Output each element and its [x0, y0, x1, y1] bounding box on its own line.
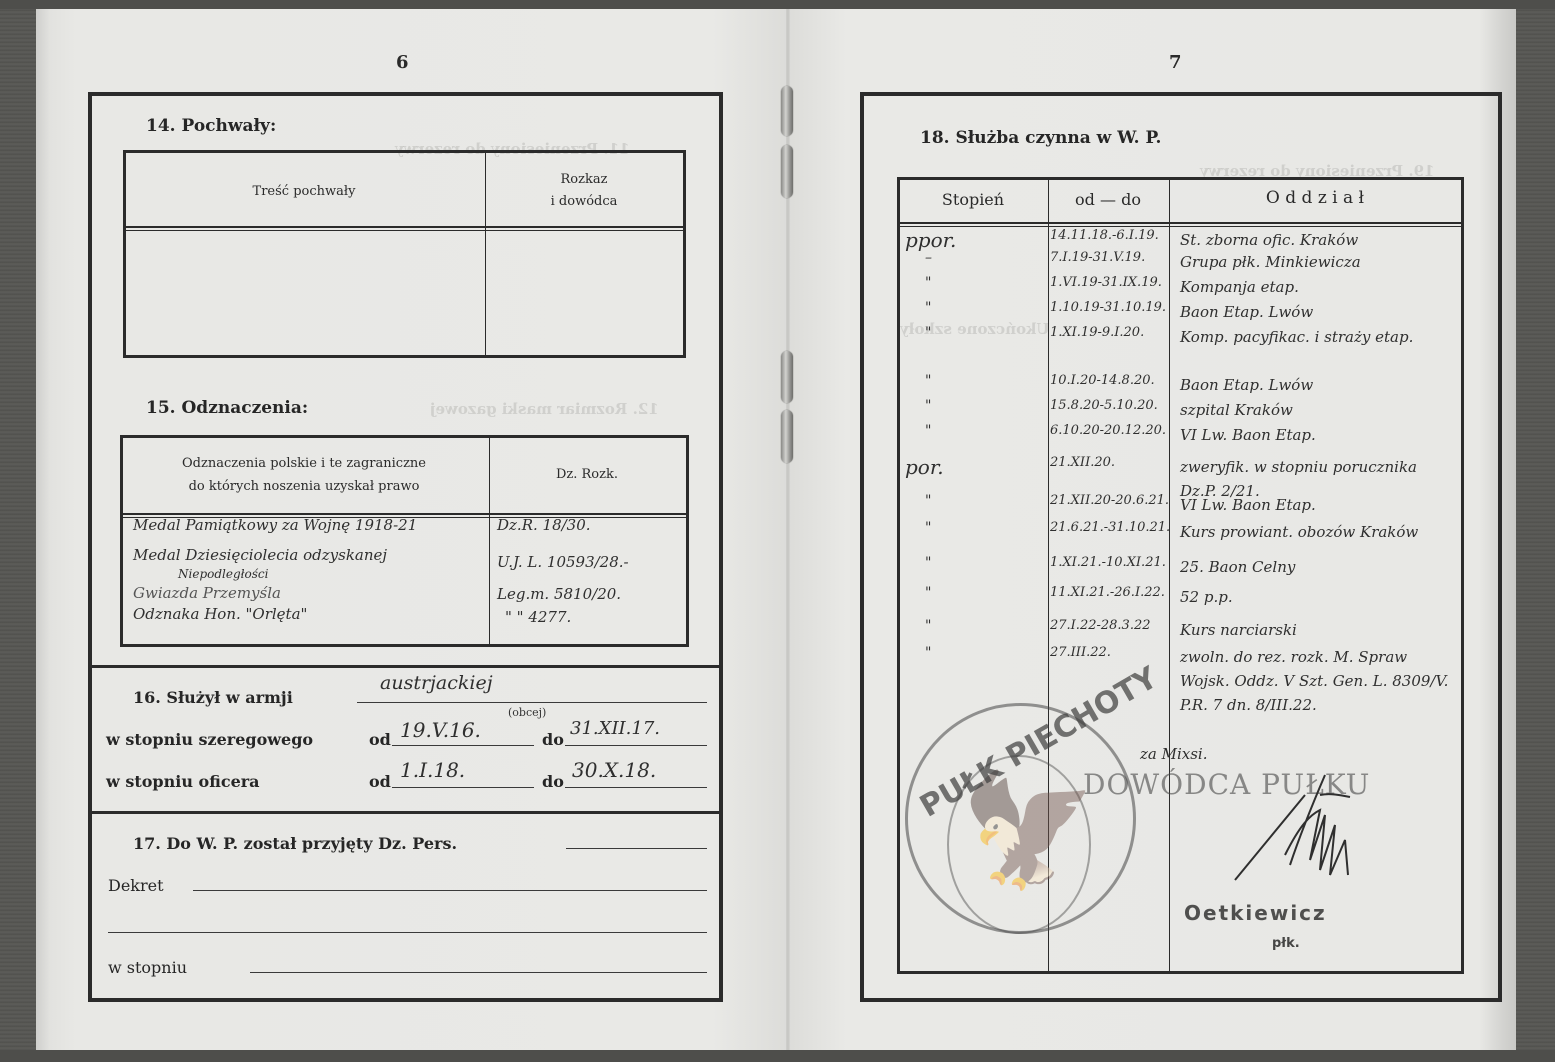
service-dates-cell: 1.XI.19-9.I.20.	[1050, 325, 1144, 340]
book-cover-right	[1513, 0, 1555, 1062]
decoration-reference: Dz.R. 18/30.	[497, 516, 591, 534]
service-rank-cell: "	[925, 645, 931, 661]
service-dates-cell: 11.XI.21.-26.I.22.	[1050, 585, 1165, 600]
service-rank-cell: "	[925, 423, 931, 439]
column-header-rank: Stopień	[900, 190, 1046, 210]
service-dates-cell: 1.VI.19-31.IX.19.	[1050, 275, 1162, 290]
column-header-order-line1: Rozkaz	[484, 170, 684, 190]
decoration-reference: " " 4277.	[505, 608, 571, 626]
service-rank-cell: "	[925, 493, 931, 509]
section-17-title: 17. Do W. P. został przyjęty Dz. Pers.	[133, 834, 457, 853]
service-rank-cell: –	[925, 250, 932, 266]
private-rank-label: w stopniu szeregowego	[106, 730, 313, 749]
column-header-unit: O d d z i a ł	[1170, 188, 1460, 208]
officer-rank-label: w stopniu oficera	[106, 772, 260, 791]
column-header-order-line2: i dowódca	[484, 192, 684, 212]
service-dates-cell: 7.I.19-31.V.19.	[1050, 250, 1145, 265]
book-cover-left	[0, 0, 40, 1062]
service-dates-cell: 27.III.22.	[1050, 645, 1111, 660]
service-dates-cell: 15.8.20-5.10.20.	[1050, 398, 1158, 413]
army-field-value: austrjackiej	[380, 672, 493, 694]
page-number-right: 7	[1169, 52, 1182, 73]
decree-line-2	[108, 932, 707, 933]
column-header-commendation-content: Treść pochwały	[126, 182, 482, 202]
column-header-order-ref: Dz. Rozk.	[488, 465, 686, 485]
army-field-line	[357, 702, 707, 703]
section-15-title: 15. Odznaczenia:	[146, 398, 308, 418]
service-unit-cell: Baon Etap. Lwów	[1180, 300, 1455, 324]
decoration-entry: Niepodległości	[178, 567, 268, 581]
service-dates-cell: 21.XII.20-20.6.21.	[1050, 493, 1169, 508]
section-divider	[92, 665, 719, 668]
service-unit-cell: VI Lw. Baon Etap.	[1180, 423, 1455, 447]
column-header-decorations-line2: do których noszenia uzyskał prawo	[124, 477, 484, 497]
officer-from-line	[392, 787, 534, 788]
service-rank-cell: "	[925, 275, 931, 291]
service-unit-cell: Kurs prowiant. obozów Kraków	[1180, 520, 1455, 544]
book-cover-top-edge	[0, 0, 1555, 9]
service-rank-cell: ppor.	[905, 228, 956, 252]
service-unit-cell: Kurs narciarski	[1180, 618, 1455, 642]
service-dates-cell: 6.10.20-20.12.20.	[1050, 423, 1166, 438]
service-dates-cell: 21.6.21.-31.10.21.	[1050, 520, 1170, 535]
decree-line	[193, 890, 707, 891]
service-unit-cell: Grupa płk. Minkiewicza	[1180, 250, 1455, 274]
service-unit-cell: Baon Etap. Lwów	[1180, 373, 1455, 397]
service-rank-cell: "	[925, 618, 931, 634]
decoration-entry: Odznaka Hon. "Orlęta"	[133, 605, 307, 623]
service-unit-cell: Komp. pacyfikac. i straży etap.	[1180, 325, 1455, 349]
decree-label: Dekret	[108, 876, 164, 895]
stamp-handwritten-note: za Mixsi.	[1140, 745, 1208, 763]
rank-label: w stopniu	[108, 958, 187, 977]
army-field-hint: (obcej)	[508, 706, 546, 719]
decoration-reference: Leg.m. 5810/20.	[497, 585, 621, 603]
service-unit-cell: St. zborna ofic. Kraków	[1180, 228, 1455, 252]
service-rank-cell: "	[925, 300, 931, 316]
staple-icon	[781, 410, 793, 463]
book-cover-bottom-edge	[0, 1050, 1555, 1062]
section-16-title: 16. Służył w armji	[133, 688, 293, 707]
private-to-label: do	[542, 730, 564, 749]
service-dates-cell: 1.XI.21.-10.XI.21.	[1050, 555, 1166, 570]
officer-from-label: od	[369, 772, 391, 791]
section-18-title: 18. Służba czynna w W. P.	[920, 128, 1161, 148]
service-dates-cell: 14.11.18.-6.I.19.	[1050, 228, 1159, 243]
service-unit-cell: szpital Kraków	[1180, 398, 1455, 422]
column-header-decorations-line1: Odznaczenia polskie i te zagraniczne	[124, 454, 484, 474]
rank-line	[250, 972, 707, 973]
service-unit-cell: VI Lw. Baon Etap.	[1180, 493, 1455, 517]
service-rank-cell: "	[925, 520, 931, 536]
section-divider	[92, 811, 719, 814]
private-to-line	[565, 745, 707, 746]
service-dates-cell: 27.I.22-28.3.22	[1050, 618, 1151, 633]
service-unit-cell: Kompanja etap.	[1180, 275, 1455, 299]
service-unit-cell: 25. Baon Celny	[1180, 555, 1455, 579]
decoration-reference: U.J. L. 10593/28.-	[497, 553, 629, 571]
private-to-value: 31.XII.17.	[570, 718, 660, 739]
decoration-entry: Gwiazda Przemyśla	[133, 584, 281, 602]
dz-pers-line	[566, 848, 707, 849]
commander-signature	[1230, 755, 1380, 905]
service-unit-cell: zwoln. do rez. rozk. M. Spraw Wojsk. Odd…	[1180, 645, 1455, 717]
private-from-label: od	[369, 730, 391, 749]
decoration-entry: Medal Pamiątkowy za Wojnę 1918-21	[133, 516, 417, 534]
decoration-entry: Medal Dziesięciolecia odzyskanej	[133, 546, 387, 564]
service-unit-cell: 52 p.p.	[1180, 585, 1455, 609]
staple-icon	[781, 145, 793, 198]
service-rank-cell: "	[925, 585, 931, 601]
commander-name-stamp: Oetkiewicz	[1184, 901, 1327, 925]
service-dates-cell: 10.I.20-14.8.20.	[1050, 373, 1155, 388]
officer-to-line	[565, 787, 707, 788]
section-14-title: 14. Pochwały:	[146, 116, 276, 136]
service-rank-cell: por.	[905, 455, 944, 479]
service-rank-cell: "	[925, 398, 931, 414]
column-header-dates: od — do	[1048, 190, 1168, 210]
service-dates-cell: 1.10.19-31.10.19.	[1050, 300, 1166, 315]
page-number-left: 6	[396, 52, 409, 73]
service-rank-cell: "	[925, 325, 931, 341]
commander-rank-stamp: płk.	[1272, 936, 1300, 951]
service-rank-cell: "	[925, 373, 931, 389]
private-from-value: 19.V.16.	[400, 718, 481, 742]
service-dates-cell: 21.XII.20.	[1050, 455, 1115, 470]
officer-to-value: 30.X.18.	[572, 758, 656, 782]
officer-to-label: do	[542, 772, 564, 791]
staple-icon	[781, 86, 793, 136]
staple-icon	[781, 351, 793, 403]
private-from-line	[392, 745, 534, 746]
officer-from-value: 1.I.18.	[400, 758, 465, 782]
service-rank-cell: "	[925, 555, 931, 571]
